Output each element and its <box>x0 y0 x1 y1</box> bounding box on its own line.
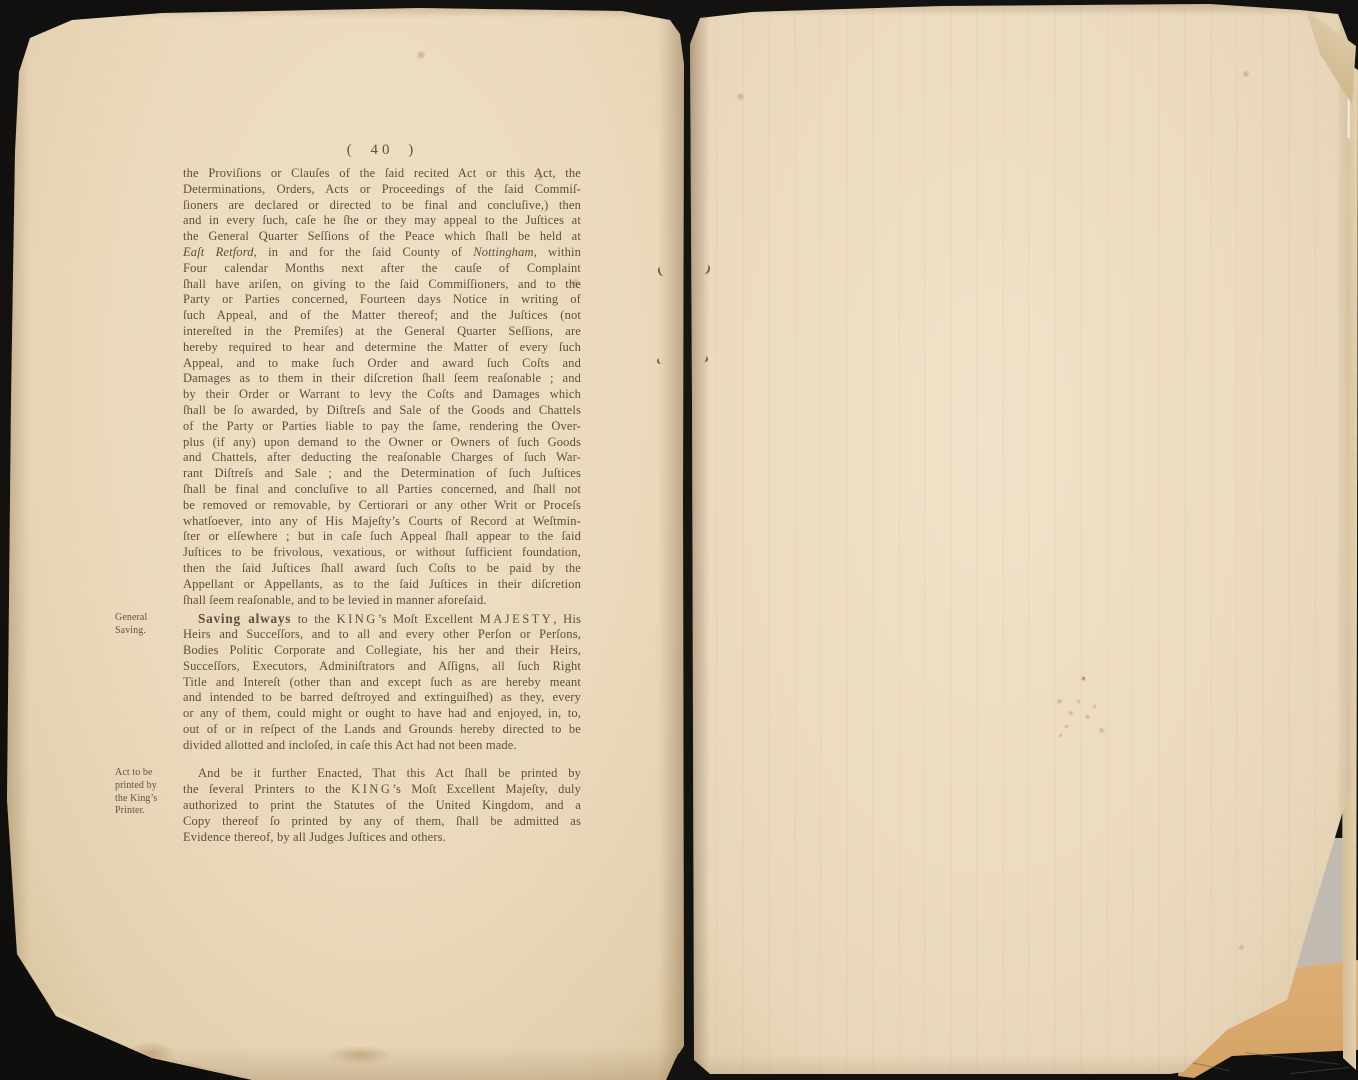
text-line: hereby required to hear and determine th… <box>183 340 581 356</box>
text-line: Saving always to the KING’s Moſt Excelle… <box>183 611 581 627</box>
text-line: Party or Parties concerned, Fourteen day… <box>183 292 581 308</box>
left-page: ( 40 ) the Proviſions or Clauſes of the … <box>0 0 684 1080</box>
foxing-spot <box>1238 944 1245 951</box>
text-line: Succeſſors, Executors, Adminiſtrators an… <box>183 659 581 675</box>
foxing-spot <box>736 92 745 101</box>
foxing-spot <box>1092 704 1097 709</box>
text-line: rant Diſtreſs and Sale ; and the Determi… <box>183 466 581 482</box>
right-page <box>690 0 1358 1080</box>
foxing-spot <box>1064 724 1069 729</box>
foxing-spot <box>1084 714 1091 720</box>
text-line: Heirs and Succeſſors, and to all and eve… <box>183 627 581 643</box>
foxing-spot <box>1076 699 1081 704</box>
text-line: or any of them, could might or ought to … <box>183 706 581 722</box>
text-line: and in every ſuch, caſe he ſhe or they m… <box>183 213 581 229</box>
text-line: ſter or elſewhere ; but in caſe ſuch App… <box>183 529 581 545</box>
text-line: Damages as to them in their diſcretion ſ… <box>183 371 581 387</box>
text-line: Juſtices to be frivolous, vexatious, or … <box>183 545 581 561</box>
text-line: authorized to print the Statutes of the … <box>183 798 581 814</box>
text-line: ſhall be ſo awarded, by Diſtreſs and Sal… <box>183 403 581 419</box>
text-line: of the Party or Parties liable to pay th… <box>183 419 581 435</box>
paragraphs: the Proviſions or Clauſes of the ſaid re… <box>183 166 581 845</box>
foxing-spot <box>56 1036 63 1043</box>
text-line: and intended to be barred deſtroyed and … <box>183 690 581 706</box>
text-line: the General Quarter Seſſions of the Peac… <box>183 229 581 245</box>
text-line: Appeal, and to make ſuch Order and award… <box>183 356 581 372</box>
text-line: the ſeveral Printers to the KING’s Moſt … <box>183 782 581 798</box>
paragraph: Act to beprinted bythe King’sPrinter.And… <box>183 766 581 845</box>
worm-mark <box>656 357 663 364</box>
worm-mark <box>701 263 712 275</box>
book-spread: ( 40 ) the Proviſions or Clauſes of the … <box>0 0 1358 1080</box>
text-line: ſhall ſeem reaſonable, and to be levied … <box>183 593 581 609</box>
text-line: whatſoever, into any of His Majeſty’s Co… <box>183 514 581 530</box>
stain <box>330 1046 390 1064</box>
text-line: intereſted in the Premiſes) at the Gener… <box>183 324 581 340</box>
text-block: ( 40 ) the Proviſions or Clauſes of the … <box>183 140 581 845</box>
foxing-spot <box>1098 727 1105 734</box>
text-line: Evidence thereof, by all Judges Juſtices… <box>183 830 581 846</box>
text-line: Determinations, Orders, Acts or Proceedi… <box>183 182 581 198</box>
foxing-spot <box>416 50 426 60</box>
margin-note: Act to beprinted bythe King’sPrinter. <box>115 767 177 817</box>
paragraph: GeneralSaving.Saving always to the KING’… <box>183 611 581 753</box>
foxing-spot <box>1068 710 1074 716</box>
text-line: And be it further Enacted, That this Act… <box>183 766 581 782</box>
foxing-spot <box>1242 70 1250 78</box>
text-line: Appellant or Appellants, as to the ſaid … <box>183 577 581 593</box>
text-line: Copy thereof ſo printed by any of them, … <box>183 814 581 830</box>
text-line: plus (if any) upon demand to the Owner o… <box>183 435 581 451</box>
text-line: then the ſaid Juſtices ſhall award ſuch … <box>183 561 581 577</box>
text-line: Eaſt Retford, in and for the ſaid County… <box>183 245 581 261</box>
text-line: Four calendar Months next after the cauſ… <box>183 261 581 277</box>
text-line: be removed or removable, by Certiorari o… <box>183 498 581 514</box>
text-line: ſioners are declared or directed to be f… <box>183 198 581 214</box>
margin-note: GeneralSaving. <box>115 612 177 637</box>
text-line: and Chattels, after deducting the reaſon… <box>183 450 581 466</box>
scratch-mark <box>1245 1052 1339 1065</box>
text-line: divided allotted and incloſed, in caſe t… <box>183 738 581 754</box>
text-line: by their Order or Warrant to levy the Co… <box>183 387 581 403</box>
page-number: ( 40 ) <box>183 140 581 160</box>
worn-corner <box>14 988 254 1080</box>
paragraph: the Proviſions or Clauſes of the ſaid re… <box>183 166 581 608</box>
foxing-spot <box>1056 698 1063 705</box>
foxing-spot <box>1058 733 1063 738</box>
text-line: ſhall have ariſen, on giving to the ſaid… <box>183 277 581 293</box>
worm-mark <box>701 355 709 363</box>
text-line: ſuch Appeal, and of the Matter thereof; … <box>183 308 581 324</box>
foxing-spot <box>1081 676 1086 681</box>
text-line: the Proviſions or Clauſes of the ſaid re… <box>183 166 581 182</box>
text-line: ſhall be final and concluſive to all Par… <box>183 482 581 498</box>
worm-mark <box>657 265 667 277</box>
text-line: out of or in reſpect of the Lands and Gr… <box>183 722 581 738</box>
scratch-mark <box>1290 1067 1350 1074</box>
text-line: Bodies Politic Corporate and Collegiate,… <box>183 643 581 659</box>
text-line: Title and Intereſt (other than and excep… <box>183 675 581 691</box>
